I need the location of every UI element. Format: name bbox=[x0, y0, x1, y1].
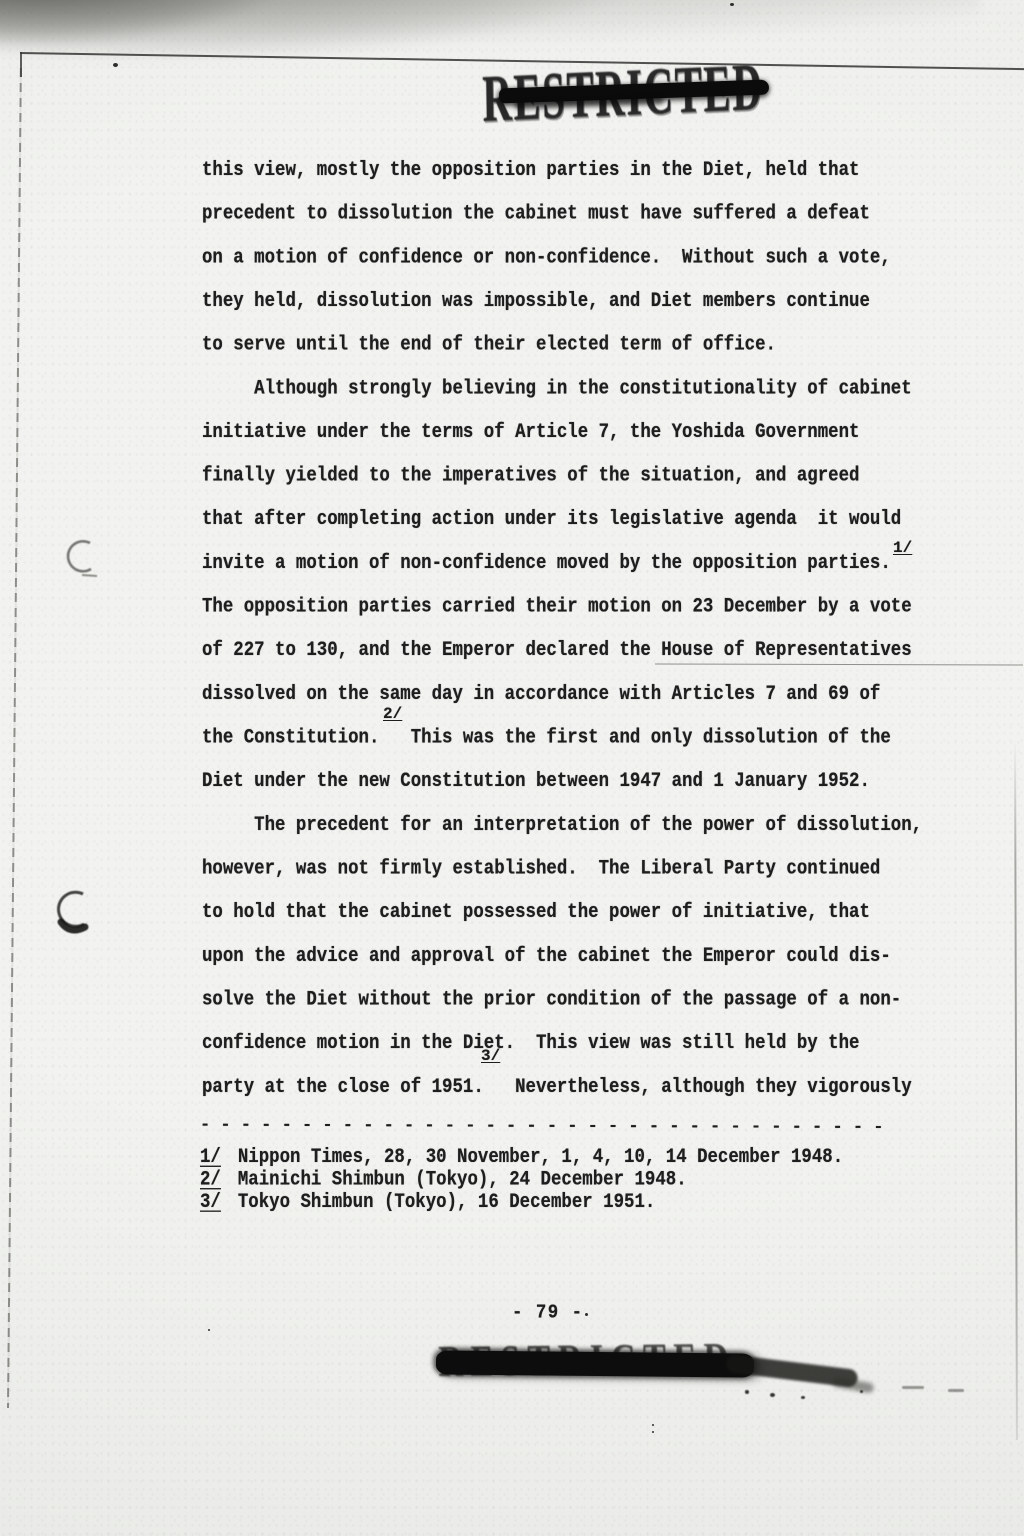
text-line: Diet under the new Constitution between … bbox=[202, 760, 922, 804]
text-line: precedent to dissolution the cabinet mus… bbox=[202, 193, 922, 237]
footnote-ref-2: 2/ bbox=[383, 706, 402, 722]
crescent-mark-upper bbox=[56, 536, 104, 584]
text-line: initiative under the terms of Article 7,… bbox=[202, 411, 922, 455]
footnotes: 1/Nippon Times, 28, 30 November, 1, 4, 1… bbox=[200, 1148, 843, 1215]
text-line: solve the Diet without the prior conditi… bbox=[202, 979, 922, 1023]
text-line: finally yielded to the imperatives of th… bbox=[202, 455, 922, 499]
text-line: the Constitution. This was the first and… bbox=[202, 717, 922, 761]
paragraph: The precedent for an interpretation of t… bbox=[202, 804, 922, 1110]
ink-speck bbox=[208, 1329, 210, 1331]
stamp-smear-dash bbox=[902, 1386, 924, 1389]
text-line: to serve until the end of their elected … bbox=[202, 324, 922, 368]
text-line: they held, dissolution was impossible, a… bbox=[202, 280, 922, 324]
text-line: however, was not firmly established. The… bbox=[202, 848, 922, 892]
text-line: of 227 to 130, and the Emperor declared … bbox=[202, 629, 922, 673]
footnote-text: Nippon Times, 28, 30 November, 1, 4, 10,… bbox=[221, 1147, 843, 1169]
footnote-text: Mainichi Shimbun (Tokyo), 24 December 19… bbox=[221, 1169, 687, 1191]
text-line: confidence motion in the Diet. This view… bbox=[202, 1022, 922, 1066]
footnote-marker: 2/ bbox=[200, 1169, 221, 1191]
body-text: this view, mostly the opposition parties… bbox=[202, 149, 922, 1110]
text-line: upon the advice and approval of the cabi… bbox=[202, 935, 922, 979]
footnote-marker: 1/ bbox=[200, 1147, 221, 1169]
page-number: - 79 - bbox=[512, 1303, 584, 1325]
document-page: RESTRICTED this view, mostly the opposit… bbox=[0, 0, 1024, 1536]
text-line: on a motion of confidence or non-confide… bbox=[202, 236, 922, 280]
text-line: this view, mostly the opposition parties… bbox=[202, 149, 922, 193]
footnote-text: Tokyo Shimbun (Tokyo), 16 December 1951. bbox=[221, 1191, 655, 1213]
crescent-mark-lower bbox=[46, 886, 98, 942]
footnote-ref-3: 3/ bbox=[481, 1048, 500, 1064]
ink-speck bbox=[113, 63, 118, 67]
text-line: that after completing action under its l… bbox=[202, 498, 922, 542]
stamp-smear-dot bbox=[860, 1390, 863, 1393]
paragraph: Although strongly believing in the const… bbox=[202, 367, 922, 804]
stamp-smear-dot bbox=[745, 1390, 749, 1394]
footnote-separator: - - - - - - - - - - - - - - - - - - - - … bbox=[200, 1119, 884, 1135]
footnote-line: 2/Mainichi Shimbun (Tokyo), 24 December … bbox=[200, 1170, 843, 1192]
ink-speck bbox=[652, 1424, 654, 1426]
stamp-smear-dot bbox=[770, 1393, 775, 1397]
stamp-smear-main bbox=[436, 1350, 754, 1377]
ink-speck bbox=[652, 1431, 654, 1433]
stamp-smear-dash bbox=[948, 1389, 964, 1392]
page-border-right-line bbox=[1014, 740, 1018, 1440]
footnote-marker: 3/ bbox=[200, 1191, 221, 1213]
text-line: dissolved on the same day in accordance … bbox=[202, 673, 922, 717]
footnote-ref-1: 1/ bbox=[893, 540, 912, 556]
text-line: invite a motion of non-confidence moved … bbox=[202, 542, 922, 586]
footnote-line: 1/Nippon Times, 28, 30 November, 1, 4, 1… bbox=[200, 1148, 843, 1170]
text-line: party at the close of 1951. Nevertheless… bbox=[202, 1066, 922, 1110]
ink-speck bbox=[585, 1313, 588, 1316]
ink-speck bbox=[730, 3, 734, 6]
text-line: Although strongly believing in the const… bbox=[202, 367, 922, 411]
stamp-smear-fade bbox=[831, 1376, 874, 1393]
paragraph: this view, mostly the opposition parties… bbox=[202, 149, 922, 367]
page-border-left-line bbox=[7, 68, 21, 1408]
text-line: to hold that the cabinet possessed the p… bbox=[202, 891, 922, 935]
footnote-line: 3/Tokyo Shimbun (Tokyo), 16 December 195… bbox=[200, 1192, 843, 1214]
stamp-smear-dot bbox=[801, 1396, 805, 1399]
text-line: The precedent for an interpretation of t… bbox=[202, 804, 922, 848]
text-line: The opposition parties carried their mot… bbox=[202, 586, 922, 630]
